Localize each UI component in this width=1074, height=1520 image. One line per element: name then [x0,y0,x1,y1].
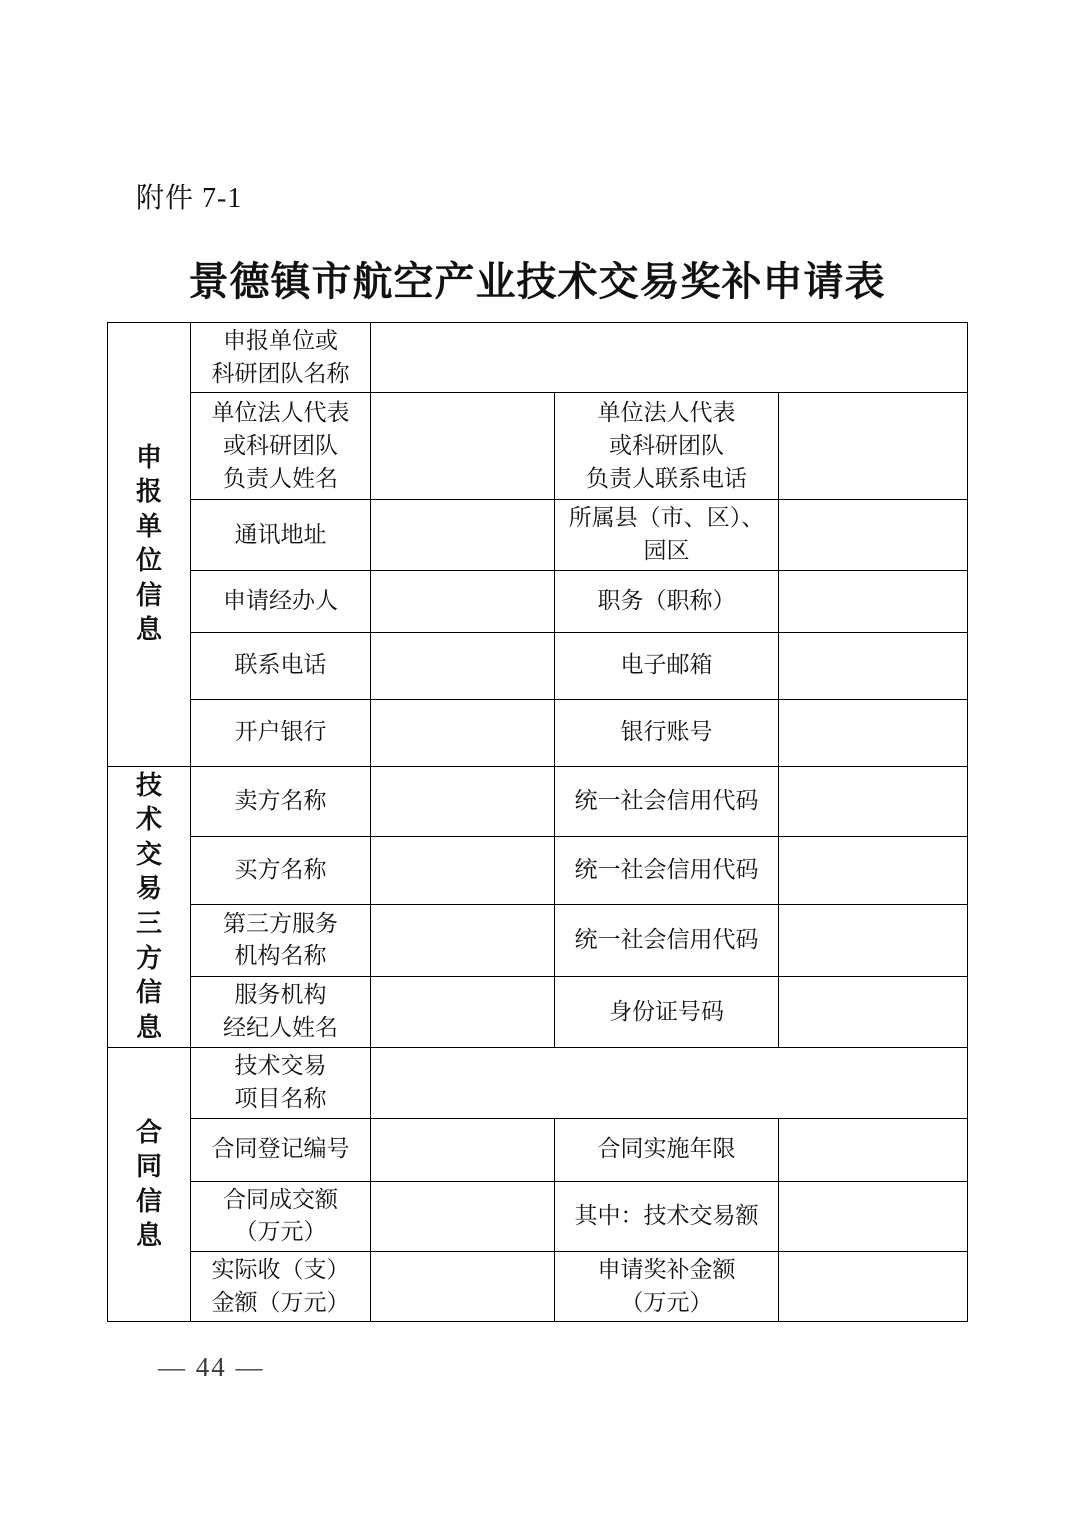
document-page: 附件 7-1 景德镇市航空产业技术交易奖补申请表 申报单位信息 申报单位或 科研… [0,0,1074,1520]
input-cell-contract-implementation-period [779,1118,968,1181]
label-email: 电子邮箱 [555,632,779,699]
input-cell-tech-trade-project-name [371,1048,968,1118]
label-tech-trade-project-name: 技术交易 项目名称 [191,1048,371,1118]
table-row: 实际收（支） 金额（万元） 申请奖补金额 （万元） [108,1251,968,1321]
input-cell-uscc-buyer [779,836,968,904]
label-uscc-agency: 统一社会信用代码 [555,905,779,977]
input-cell-seller-name [371,766,555,836]
input-cell-uscc-seller [779,766,968,836]
application-form-table: 申报单位信息 申报单位或 科研团队名称 单位法人代表 或科研团队 负责人姓名 单… [107,322,968,1322]
table-row: 买方名称 统一社会信用代码 [108,836,968,904]
section-label-applicant-info: 申报单位信息 [108,323,191,767]
label-contact-phone: 联系电话 [191,632,371,699]
input-cell-legal-rep-name [371,393,555,500]
input-cell-county-district-park [779,500,968,570]
label-requested-subsidy-amount: 申请奖补金额 （万元） [555,1251,779,1321]
table-row: 申报单位信息 申报单位或 科研团队名称 [108,323,968,393]
page-number: — 44 — [158,1352,265,1383]
input-cell-third-party-agency-name [371,905,555,977]
label-bank-name: 开户银行 [191,699,371,766]
input-cell-contract-registration-number [371,1118,555,1181]
table-row: 单位法人代表 或科研团队 负责人姓名 单位法人代表 或科研团队 负责人联系电话 [108,393,968,500]
label-legal-rep-phone: 单位法人代表 或科研团队 负责人联系电话 [555,393,779,500]
input-cell-bank-name [371,699,555,766]
section-label-three-party-info: 技术交易三方信息 [108,766,191,1048]
input-cell-position-title [779,570,968,632]
label-id-number: 身份证号码 [555,976,779,1048]
label-mailing-address: 通讯地址 [191,500,371,570]
label-position-title: 职务（职称） [555,570,779,632]
table-row: 联系电话 电子邮箱 [108,632,968,699]
section-label-text: 申报单位信息 [135,441,164,648]
input-cell-id-number [779,976,968,1048]
table-row: 第三方服务 机构名称 统一社会信用代码 [108,905,968,977]
label-seller-name: 卖方名称 [191,766,371,836]
table-row: 合同成交额 （万元） 其中：技术交易额 [108,1181,968,1251]
input-cell-contact-phone [371,632,555,699]
table-row: 申请经办人 职务（职称） [108,570,968,632]
label-application-handler: 申请经办人 [191,570,371,632]
input-cell-application-handler [371,570,555,632]
label-uscc-seller: 统一社会信用代码 [555,766,779,836]
input-cell-bank-account [779,699,968,766]
label-actual-received-paid-amount: 实际收（支） 金额（万元） [191,1251,371,1321]
input-cell-mailing-address [371,500,555,570]
label-tech-trade-amount: 其中：技术交易额 [555,1181,779,1251]
page-title: 景德镇市航空产业技术交易奖补申请表 [0,250,1074,307]
label-county-district-park: 所属县（市、区）、 园区 [555,500,779,570]
label-uscc-buyer: 统一社会信用代码 [555,836,779,904]
input-cell-legal-rep-phone [779,393,968,500]
label-contract-implementation-period: 合同实施年限 [555,1118,779,1181]
section-label-text: 技术交易三方信息 [135,769,164,1046]
table-row: 技术交易三方信息 卖方名称 统一社会信用代码 [108,766,968,836]
table-row: 合同信息 技术交易 项目名称 [108,1048,968,1118]
input-cell-contract-amount [371,1181,555,1251]
table-row: 合同登记编号 合同实施年限 [108,1118,968,1181]
input-cell-agency-broker-name [371,976,555,1048]
label-applicant-or-team-name: 申报单位或 科研团队名称 [191,323,371,393]
table-row: 服务机构 经纪人姓名 身份证号码 [108,976,968,1048]
section-label-text: 合同信息 [135,1116,164,1254]
label-legal-rep-name: 单位法人代表 或科研团队 负责人姓名 [191,393,371,500]
input-cell-requested-subsidy-amount [779,1251,968,1321]
section-label-contract-info: 合同信息 [108,1048,191,1322]
label-agency-broker-name: 服务机构 经纪人姓名 [191,976,371,1048]
label-third-party-agency-name: 第三方服务 机构名称 [191,905,371,977]
input-cell-tech-trade-amount [779,1181,968,1251]
label-bank-account: 银行账号 [555,699,779,766]
label-buyer-name: 买方名称 [191,836,371,904]
input-cell-buyer-name [371,836,555,904]
table-row: 开户银行 银行账号 [108,699,968,766]
table-row: 通讯地址 所属县（市、区）、 园区 [108,500,968,570]
input-cell-email [779,632,968,699]
label-contract-registration-number: 合同登记编号 [191,1118,371,1181]
input-cell-uscc-agency [779,905,968,977]
label-contract-amount: 合同成交额 （万元） [191,1181,371,1251]
input-cell-actual-received-paid-amount [371,1251,555,1321]
attachment-label: 附件 7-1 [136,176,242,216]
input-cell-applicant-or-team-name [371,323,968,393]
